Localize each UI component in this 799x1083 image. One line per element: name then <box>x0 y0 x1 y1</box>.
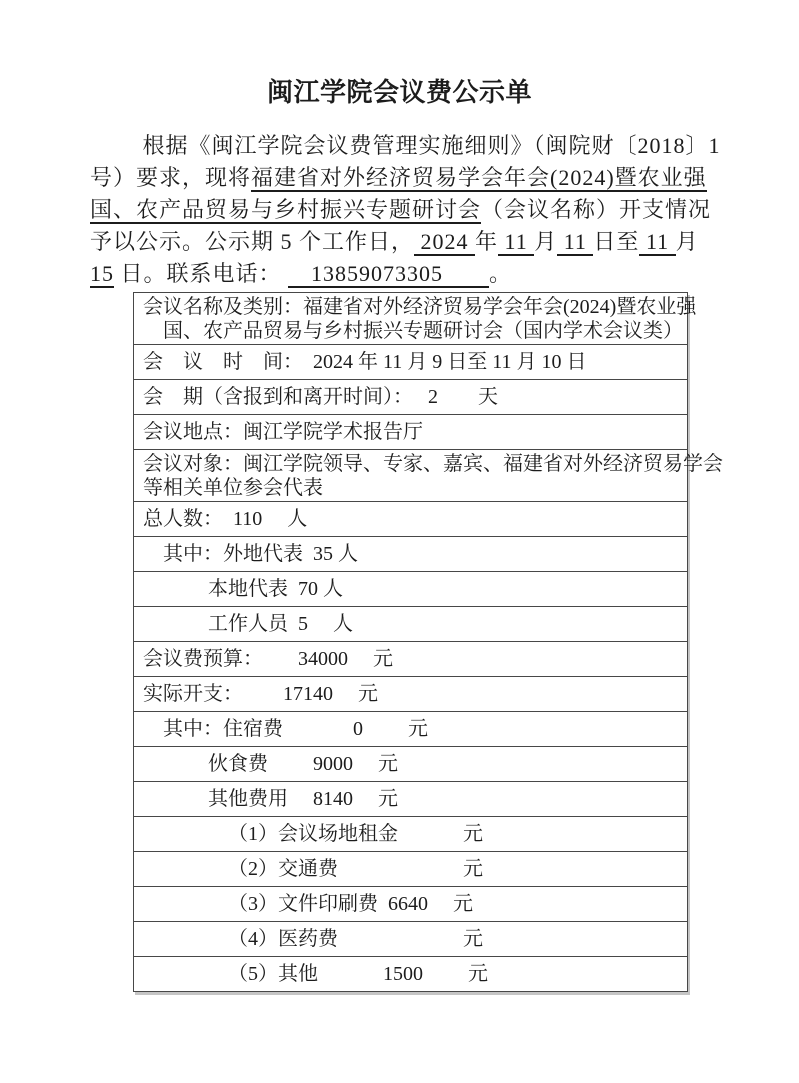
text-segment: 日至 <box>593 229 639 254</box>
text-segment: （会议名称）开支情况 <box>481 197 711 222</box>
row-line: 会议对象：闽江学院领导、专家、嘉宾、福建省对外经济贸易学会 <box>134 452 687 476</box>
intro-line: 予以公示。公示期 5 个工作日， 2024 年 11 月 11 日至 11 月 <box>90 226 709 258</box>
table-row: 会议对象：闽江学院领导、专家、嘉宾、福建省对外经济贸易学会等相关单位参会代表 <box>134 450 687 502</box>
table-row: （1）会议场地租金 元 <box>134 817 687 852</box>
underlined-text: 2024 <box>414 229 475 256</box>
row-line: 国、农产品贸易与乡村振兴专题研讨会（国内学术会议类） <box>134 319 687 343</box>
underlined-text: 福建省对外经济贸易学会年会(2024)暨农业强 <box>251 165 707 192</box>
row-line: 总人数： 110 人 <box>134 507 687 531</box>
page-title: 闽江学院会议费公示单 <box>90 78 709 108</box>
table-row: 会 议 时 间： 2024 年 11 月 9 日至 11 月 10 日 <box>134 345 687 380</box>
row-line: 其他费用 8140 元 <box>134 787 687 811</box>
table-row: 会 期（含报到和离开时间）： 2 天 <box>134 380 687 415</box>
table-row: 会议地点：闽江学院学术报告厅 <box>134 415 687 450</box>
row-line: 本地代表 70 人 <box>134 577 687 601</box>
table-row: 其中：住宿费 0 元 <box>134 712 687 747</box>
table-row: （4）医药费 元 <box>134 922 687 957</box>
row-line: （2）交通费 元 <box>134 857 687 881</box>
intro-line: 15 日。联系电话： 13859073305 。 <box>90 258 709 290</box>
table-row: 本地代表 70 人 <box>134 572 687 607</box>
row-line: 等相关单位参会代表 <box>134 476 687 500</box>
text-segment: 予以公示。公示期 5 个工作日， <box>90 229 414 254</box>
row-line: （4）医药费 元 <box>134 927 687 951</box>
table-row: 工作人员 5 人 <box>134 607 687 642</box>
table-row: 其他费用 8140 元 <box>134 782 687 817</box>
intro-line: 根据《闽江学院会议费管理实施细则》（闽院财〔2018〕1 <box>90 130 709 162</box>
table-row: 伙食费 9000 元 <box>134 747 687 782</box>
text-segment: 根据《闽江学院会议费管理实施细则》（闽院财〔2018〕1 <box>90 133 721 158</box>
table-row: （5）其他 1500 元 <box>134 957 687 991</box>
text-segment: 号）要求，现将 <box>90 165 251 190</box>
row-line: 伙食费 9000 元 <box>134 752 687 776</box>
table-row: （3）文件印刷费 6640 元 <box>134 887 687 922</box>
row-line: 会议名称及类别：福建省对外经济贸易学会年会(2024)暨农业强 <box>134 295 687 319</box>
underlined-text: 13859073305 <box>288 261 489 288</box>
text-segment: 月 <box>534 229 557 254</box>
row-line: （5）其他 1500 元 <box>134 962 687 986</box>
meeting-fee-table: 会议名称及类别：福建省对外经济贸易学会年会(2024)暨农业强 国、农产品贸易与… <box>133 292 688 992</box>
table-row: 其中：外地代表 35 人 <box>134 537 687 572</box>
row-line: 实际开支： 17140 元 <box>134 682 687 706</box>
row-line: 其中：外地代表 35 人 <box>134 542 687 566</box>
row-line: 会议地点：闽江学院学术报告厅 <box>134 420 687 444</box>
underlined-text: 国、农产品贸易与乡村振兴专题研讨会 <box>90 197 481 224</box>
text-segment: 日。联系电话： <box>114 261 288 286</box>
row-line: （3）文件印刷费 6640 元 <box>134 892 687 916</box>
underlined-text: 15 <box>90 261 114 288</box>
underlined-text: 11 <box>557 229 593 256</box>
table-row: 实际开支： 17140 元 <box>134 677 687 712</box>
underlined-text: 11 <box>639 229 675 256</box>
row-line: 其中：住宿费 0 元 <box>134 717 687 741</box>
underlined-text: 11 <box>498 229 534 256</box>
table-row: 会议名称及类别：福建省对外经济贸易学会年会(2024)暨农业强 国、农产品贸易与… <box>134 293 687 345</box>
row-line: （1）会议场地租金 元 <box>134 822 687 846</box>
intro-line: 国、农产品贸易与乡村振兴专题研讨会（会议名称）开支情况 <box>90 194 709 226</box>
row-line: 会 期（含报到和离开时间）： 2 天 <box>134 385 687 409</box>
intro-line: 号）要求，现将福建省对外经济贸易学会年会(2024)暨农业强 <box>90 162 709 194</box>
row-line: 工作人员 5 人 <box>134 612 687 636</box>
intro-paragraph: 根据《闽江学院会议费管理实施细则》（闽院财〔2018〕1号）要求，现将福建省对外… <box>90 130 709 290</box>
document-page: 闽江学院会议费公示单 根据《闽江学院会议费管理实施细则》（闽院财〔2018〕1号… <box>0 0 799 1083</box>
row-line: 会 议 时 间： 2024 年 11 月 9 日至 11 月 10 日 <box>134 350 687 374</box>
text-segment: 年 <box>475 229 498 254</box>
text-segment: 月 <box>676 229 699 254</box>
table-row: 总人数： 110 人 <box>134 502 687 537</box>
table-row: （2）交通费 元 <box>134 852 687 887</box>
table-row: 会议费预算： 34000 元 <box>134 642 687 677</box>
row-line: 会议费预算： 34000 元 <box>134 647 687 671</box>
text-segment: 。 <box>489 261 512 286</box>
